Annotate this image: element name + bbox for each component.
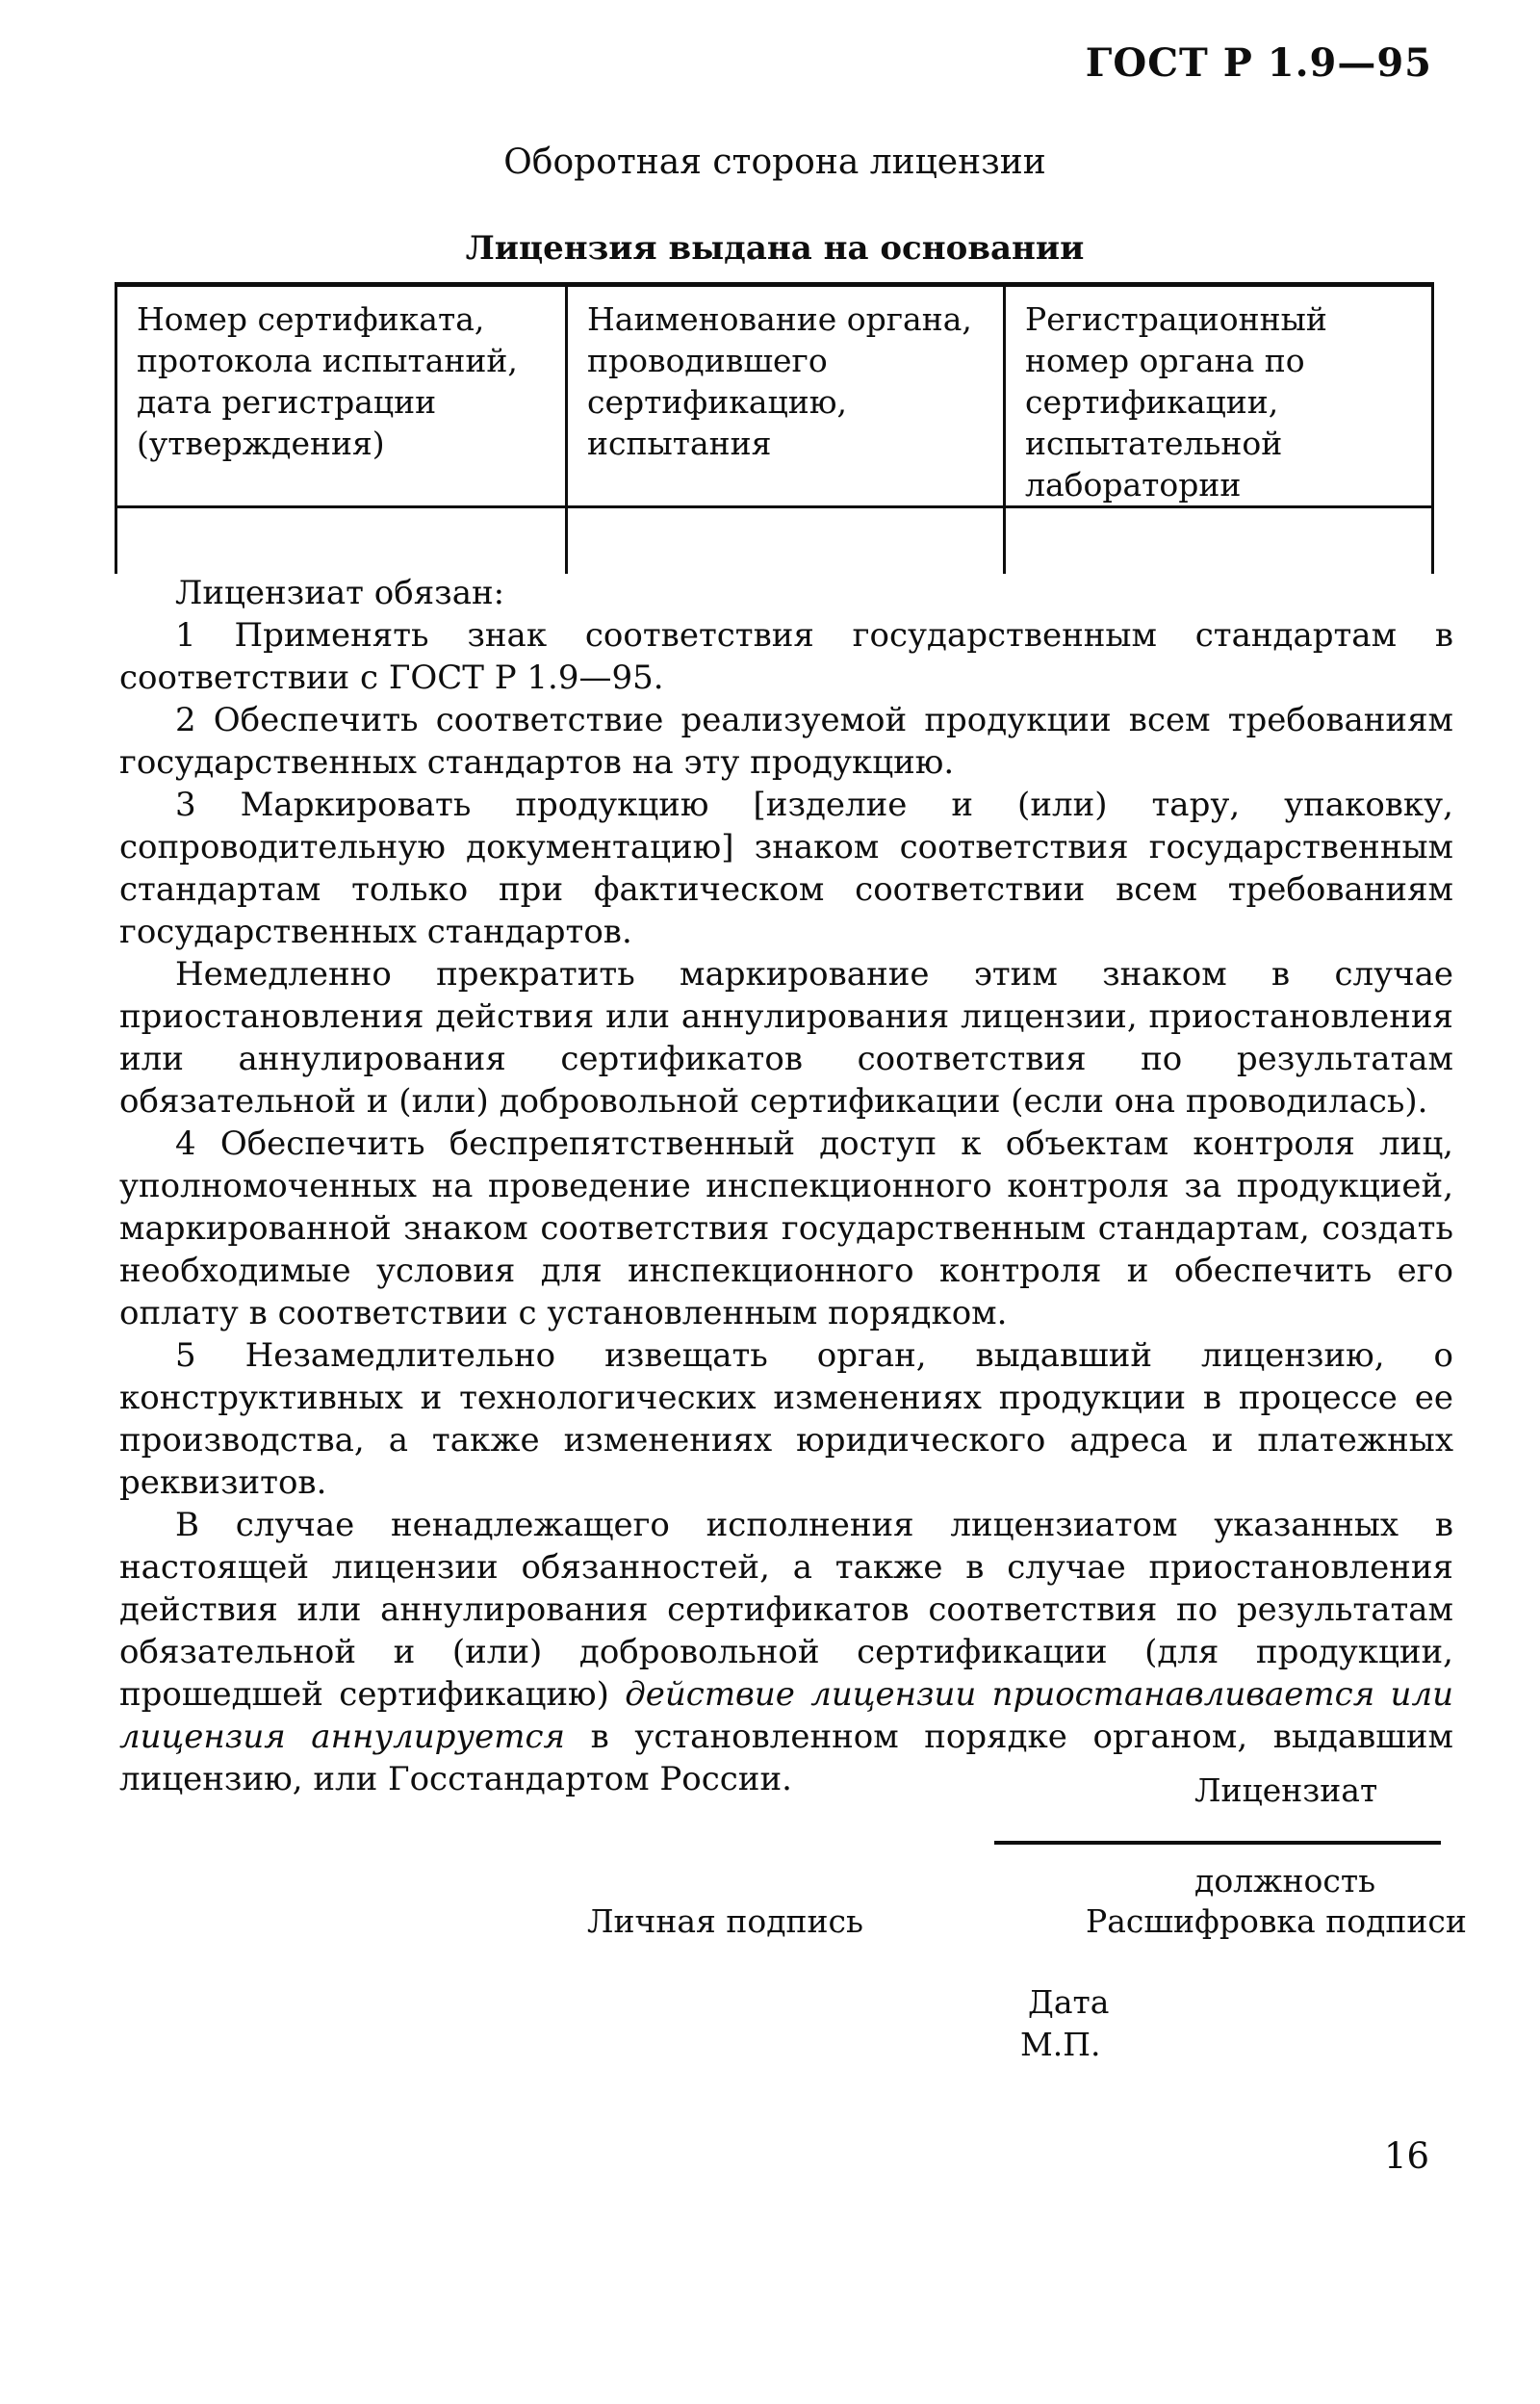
signature-line bbox=[994, 1841, 1441, 1845]
obligations-intro: Лицензиат обязан: bbox=[119, 572, 1453, 614]
date-label: Дата bbox=[1028, 1981, 1109, 2024]
table-header-registration-number: Регистрационный номер органа по сертифик… bbox=[1003, 287, 1431, 508]
obligation-paragraph-4: 4 Обеспечить беспрепятственный доступ к … bbox=[119, 1123, 1453, 1334]
position-label: должность bbox=[1194, 1860, 1375, 1902]
table-empty-cell bbox=[117, 508, 565, 574]
table-empty-cell bbox=[565, 508, 1003, 574]
obligations-text: Лицензиат обязан: 1 Применять знак соотв… bbox=[119, 572, 1453, 1800]
license-basis-table: Номер сертификата, протокола испытаний, … bbox=[115, 282, 1434, 574]
licensee-label: Лицензиат bbox=[1194, 1770, 1377, 1812]
signature-decryption-label: Расшифровка подписи bbox=[1086, 1900, 1467, 1943]
personal-signature-label: Личная подпись bbox=[587, 1900, 863, 1943]
obligation-paragraph-5: 5 Незамедлительно извещать орган, выдавш… bbox=[119, 1334, 1453, 1504]
standard-code-header: ГОСТ Р 1.9—95 bbox=[0, 40, 1432, 86]
table-empty-cell bbox=[1003, 508, 1431, 574]
page-number: 16 bbox=[1384, 2135, 1429, 2177]
license-table-title: Лицензия выдана на основании bbox=[106, 229, 1444, 268]
document-page: ГОСТ Р 1.9—95 Оборотная сторона лицензии… bbox=[0, 0, 1540, 2404]
table-header-certification-body: Наименование органа, проводившего сертиф… bbox=[565, 287, 1003, 508]
obligation-paragraph-3a: Немедленно прекратить маркирование этим … bbox=[119, 953, 1453, 1123]
obligation-paragraph-1: 1 Применять знак соответствия государств… bbox=[119, 614, 1453, 699]
closing-paragraph: В случае ненадлежащего исполнения лиценз… bbox=[119, 1504, 1453, 1800]
page-subtitle: Оборотная сторона лицензии bbox=[106, 142, 1444, 182]
obligation-paragraph-2: 2 Обеспечить соответствие реализуемой пр… bbox=[119, 699, 1453, 784]
seal-label: М.П. bbox=[1020, 2024, 1101, 2066]
table-header-certificate-number: Номер сертификата, протокола испытаний, … bbox=[117, 287, 565, 508]
obligation-paragraph-3: 3 Маркировать продукцию [изделие и (или)… bbox=[119, 784, 1453, 953]
